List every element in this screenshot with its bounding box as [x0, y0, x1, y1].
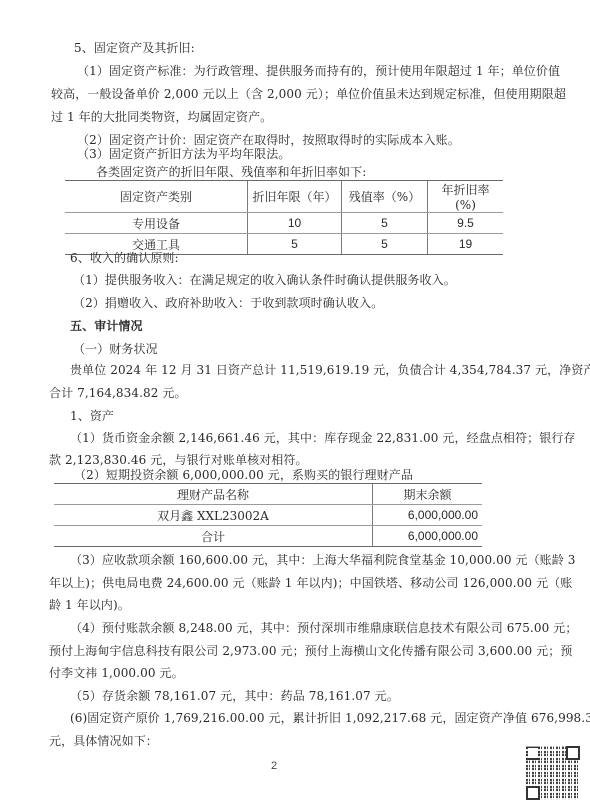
audit-heading: 五、审计情况 [70, 318, 143, 334]
header-cell: 理财产品名称 [54, 484, 373, 505]
donation-revenue: （2）捐赠收入、政府补助收入：于收到款项时确认收入。 [73, 295, 383, 311]
table-row: 合计 6,000,000.00 [54, 526, 482, 547]
cash-line1: （1）货币资金余额 2,146,661.46 元，其中：库存现金 22,831.… [70, 430, 576, 446]
receivable-line2: 年以上)；供电局电费 24,600.00 元（账龄 1 年以内)；中国铁塔、移动… [49, 575, 572, 591]
qr-finder-pattern [526, 786, 540, 800]
investment-table: 理财产品名称 期末余额 双月鑫 XXL23002A 6,000,000.00 合… [54, 483, 482, 547]
header-cell: 折旧年限（年） [248, 181, 342, 213]
table-header-row: 理财产品名称 期末余额 [54, 484, 482, 505]
prepaid-line2: 预付上海甸宇信息科技有限公司 2,973.00 元；预付上海横山文化传播有限公司… [49, 643, 572, 659]
table-cell: 双月鑫 XXL23002A [54, 505, 373, 526]
table-cell: 5 [342, 234, 428, 255]
service-revenue: （1）提供服务收入：在满足规定的收入确认条件时确认提供服务收入。 [73, 272, 456, 288]
assets-heading: 1、资产 [70, 408, 114, 424]
receivable-line3: 龄 1 年以内)。 [49, 597, 130, 613]
table-cell: 19 [428, 234, 504, 255]
header-cell: 残值率（%） [342, 181, 428, 213]
depreciation-table-caption: 各类固定资产的折旧年限、残值率和年折旧率如下: [96, 164, 366, 180]
prepaid-line1: （4）预付账款余额 8,248.00 元，其中：预付深圳市维鼎康联信息技术有限公… [70, 620, 577, 636]
depreciation-method: （3）固定资产折旧方法为平均年限法。 [77, 146, 290, 162]
table-cell: 专用设备 [65, 213, 248, 234]
header-cell: 期末余额 [373, 484, 483, 505]
fixed-asset-standard-line1: （1）固定资产标准：为行政管理、提供服务而持有的，预计使用年限超过 1 年；单位… [77, 63, 560, 79]
table-cell: 6,000,000.00 [373, 505, 483, 526]
table-row: 专用设备 10 5 9.5 [65, 213, 503, 234]
fixed-asset-standard-line2: 较高，一般设备单价 2,000 元以上（含 2,000 元）；单位价值虽未达到规… [51, 86, 566, 102]
section6-heading: 6、收入的确认原则: [70, 250, 179, 266]
fixed-assets-line1: (6)固定资产原价 1,769,216.00.00 元，累计折旧 1,092,2… [70, 710, 590, 726]
table-cell: 6,000,000.00 [373, 526, 483, 547]
inventory-line: （5）存货余额 78,161.07 元，其中：药品 78,161.07 元。 [70, 688, 399, 704]
summary-line1: 贵单位 2024 年 12 月 31 日资产总计 11,519,619.19 元… [70, 362, 590, 378]
section5-heading: 5、固定资产及其折旧: [74, 40, 195, 56]
header-cell: 年折旧率 (%) [428, 181, 504, 213]
table-cell: 9.5 [428, 213, 504, 234]
table-cell: 合计 [54, 526, 373, 547]
depreciation-table: 固定资产类别 折旧年限（年） 残值率（%） 年折旧率 (%) 专用设备 10 5… [65, 180, 503, 255]
table-cell: 5 [342, 213, 428, 234]
qr-code-icon [526, 746, 580, 800]
receivable-line1: （3）应收款项余额 160,600.00 元，其中：上海大华福利院食堂基金 10… [70, 552, 576, 568]
header-cell: 固定资产类别 [65, 181, 248, 213]
fixed-asset-standard-line3: 过 1 年的大批同类物资，均属固定资产。 [51, 109, 272, 125]
financial-status-heading: （一）财务状况 [73, 341, 158, 357]
summary-line2: 合计 7,164,834.82 元。 [49, 385, 187, 401]
cash-line2: 款 2,123,830.46 元，与银行对账单核对相符。 [49, 452, 308, 468]
investment-line: （2）短期投资余额 6,000,000.00 元，系购买的银行理财产品 [74, 467, 413, 483]
table-row: 双月鑫 XXL23002A 6,000,000.00 [54, 505, 482, 526]
table-cell: 5 [248, 234, 342, 255]
table-header-row: 固定资产类别 折旧年限（年） 残值率（%） 年折旧率 (%) [65, 181, 503, 213]
table-cell: 10 [248, 213, 342, 234]
fixed-assets-line2: 元，具体情况如下： [49, 733, 158, 749]
page-number: 2 [271, 760, 277, 772]
prepaid-line3: 付李文祎 1,000.00 元。 [49, 665, 184, 681]
